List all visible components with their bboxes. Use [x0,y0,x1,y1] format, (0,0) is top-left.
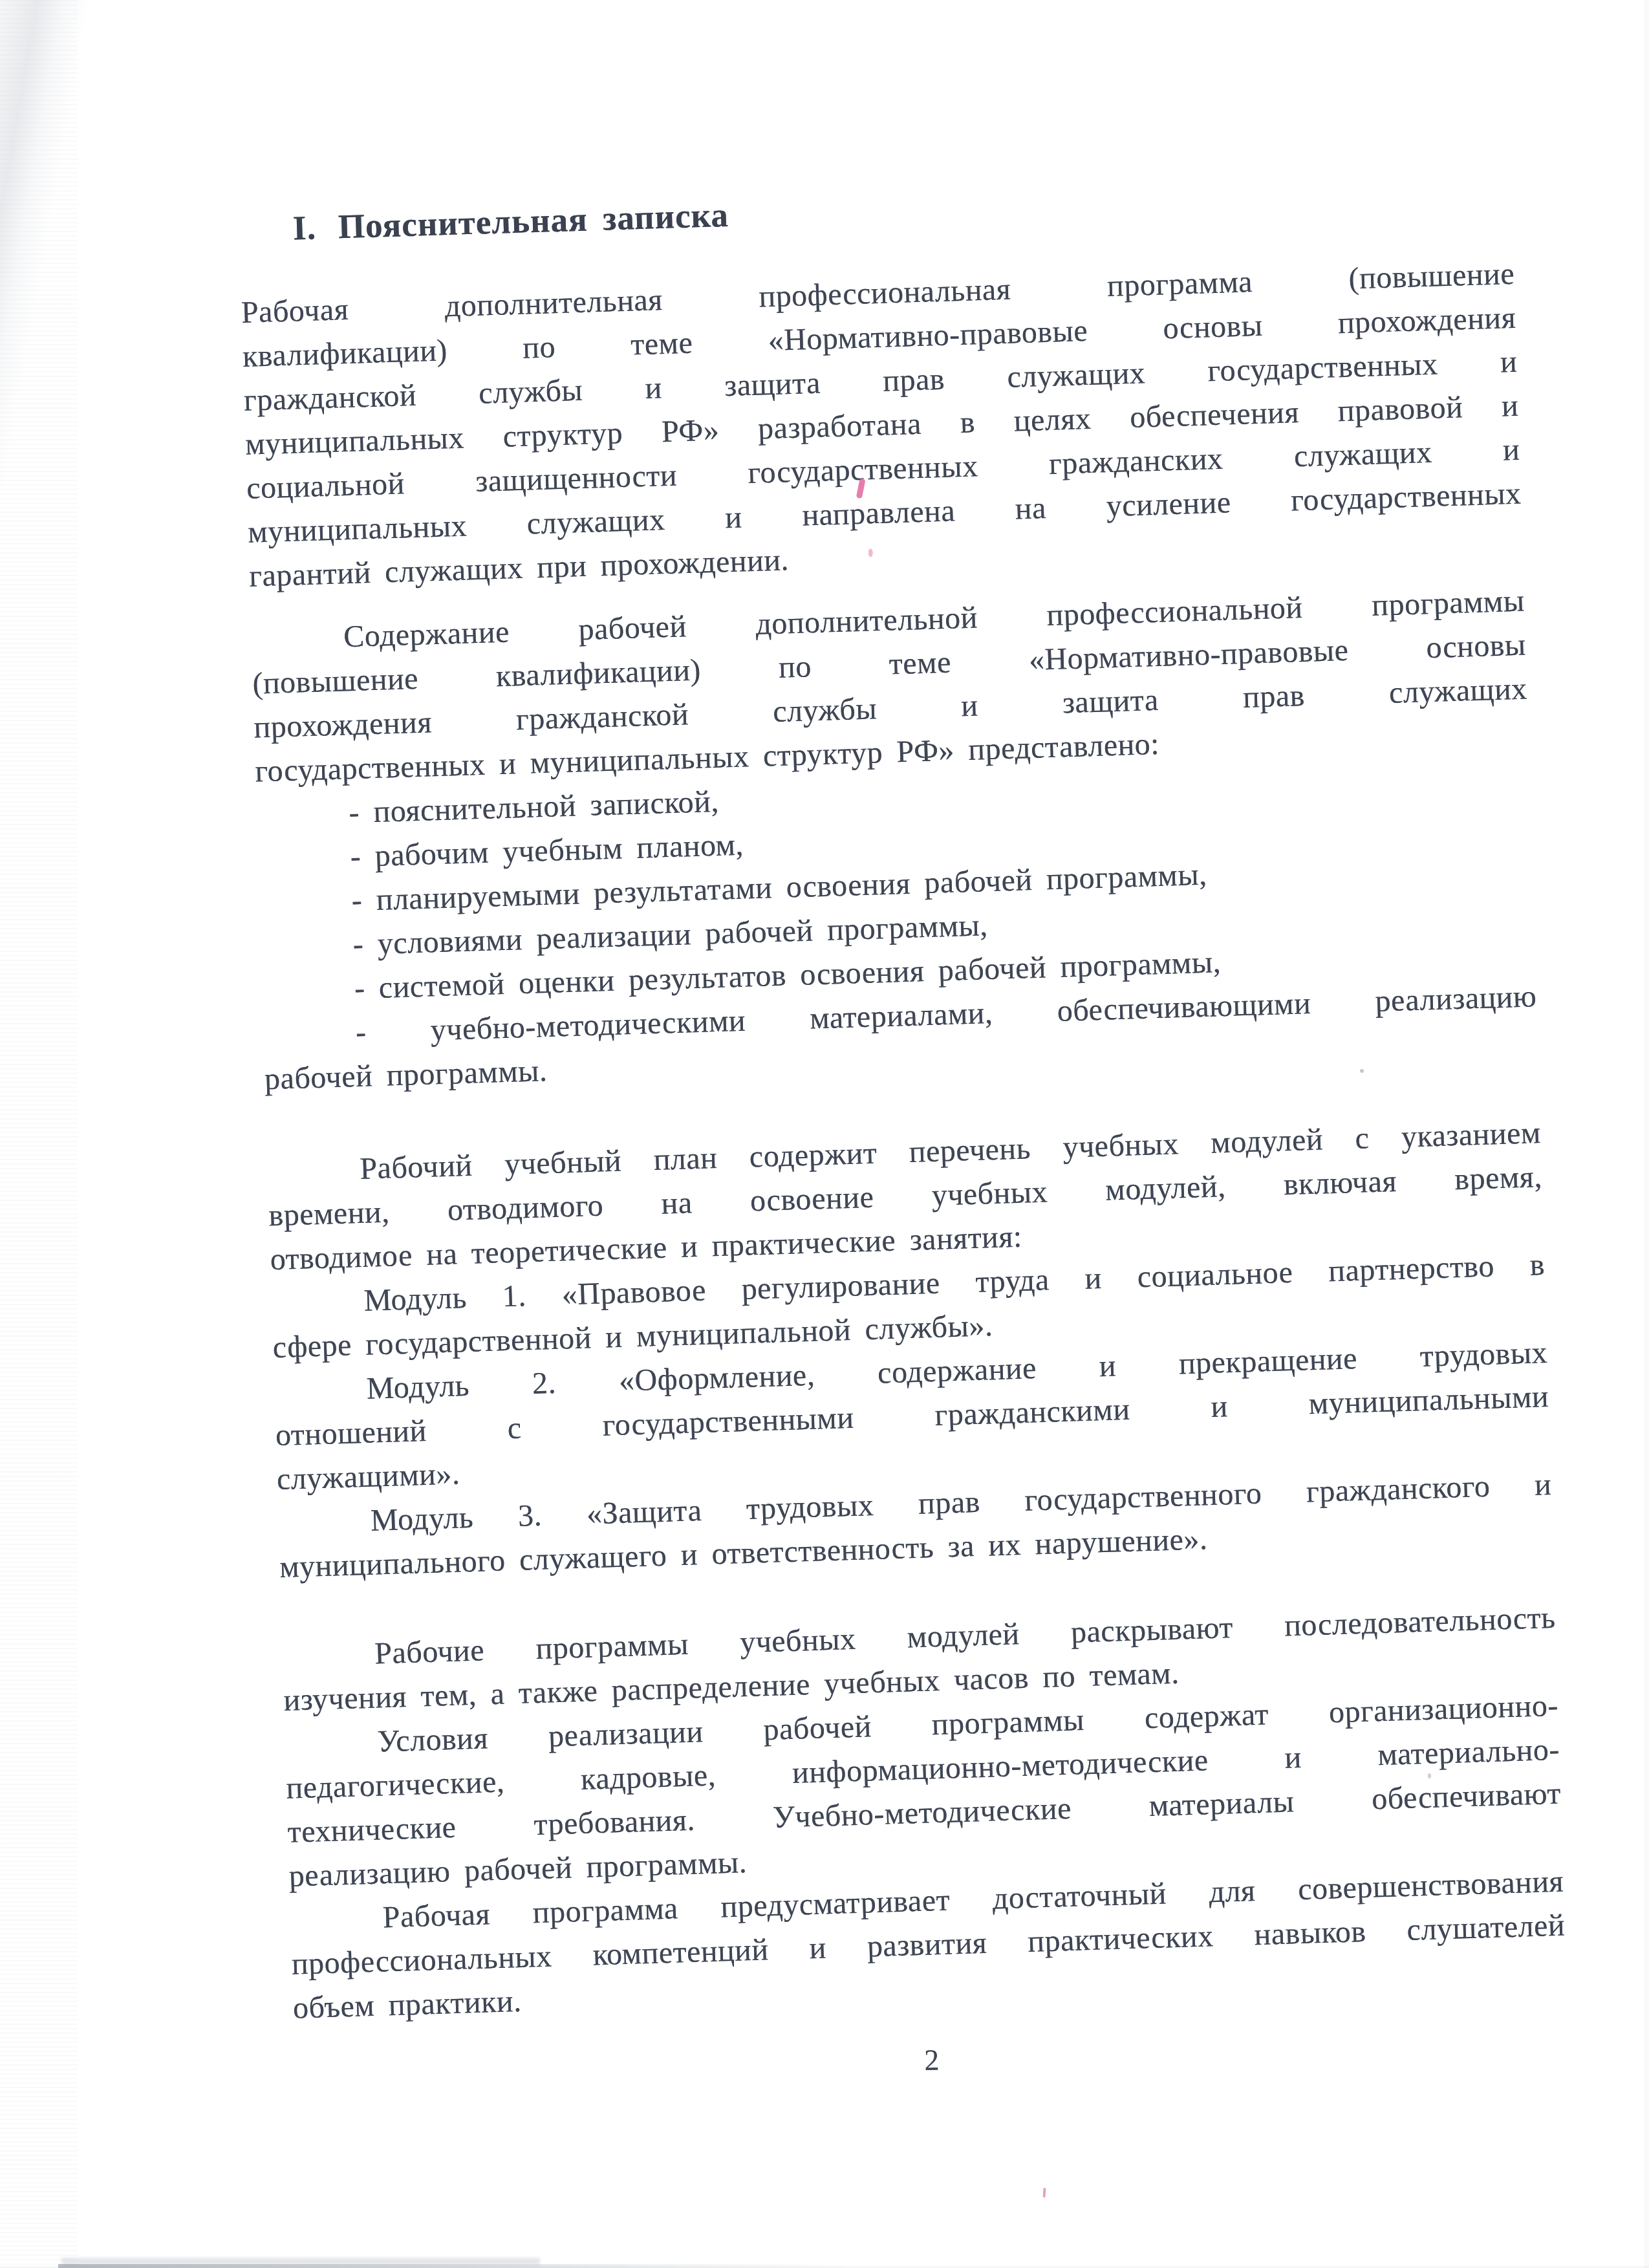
document-text-block: I.Пояснительная записка Рабочая дополнит… [238,169,1569,2099]
section-heading-text: Пояснительная записка [338,197,729,246]
page-number: 2 [294,2022,1569,2099]
pink-pen-accent-dot [868,548,873,557]
section-heading: I.Пояснительная записка [292,169,1513,251]
paragraph-intro: Рабочая дополнительная профессиональная … [241,252,1524,599]
section-numeral: I. [292,209,317,247]
red-pen-speck [1042,2188,1046,2198]
list-contents: - пояснительной запиской,- рабочим учебн… [256,755,1539,1101]
scanned-page: I.Пояснительная записка Рабочая дополнит… [0,0,1649,2268]
right-edge-tint [1644,0,1649,2268]
paragraphs-container: Рабочая дополнительная профессиональная … [241,252,1567,2031]
